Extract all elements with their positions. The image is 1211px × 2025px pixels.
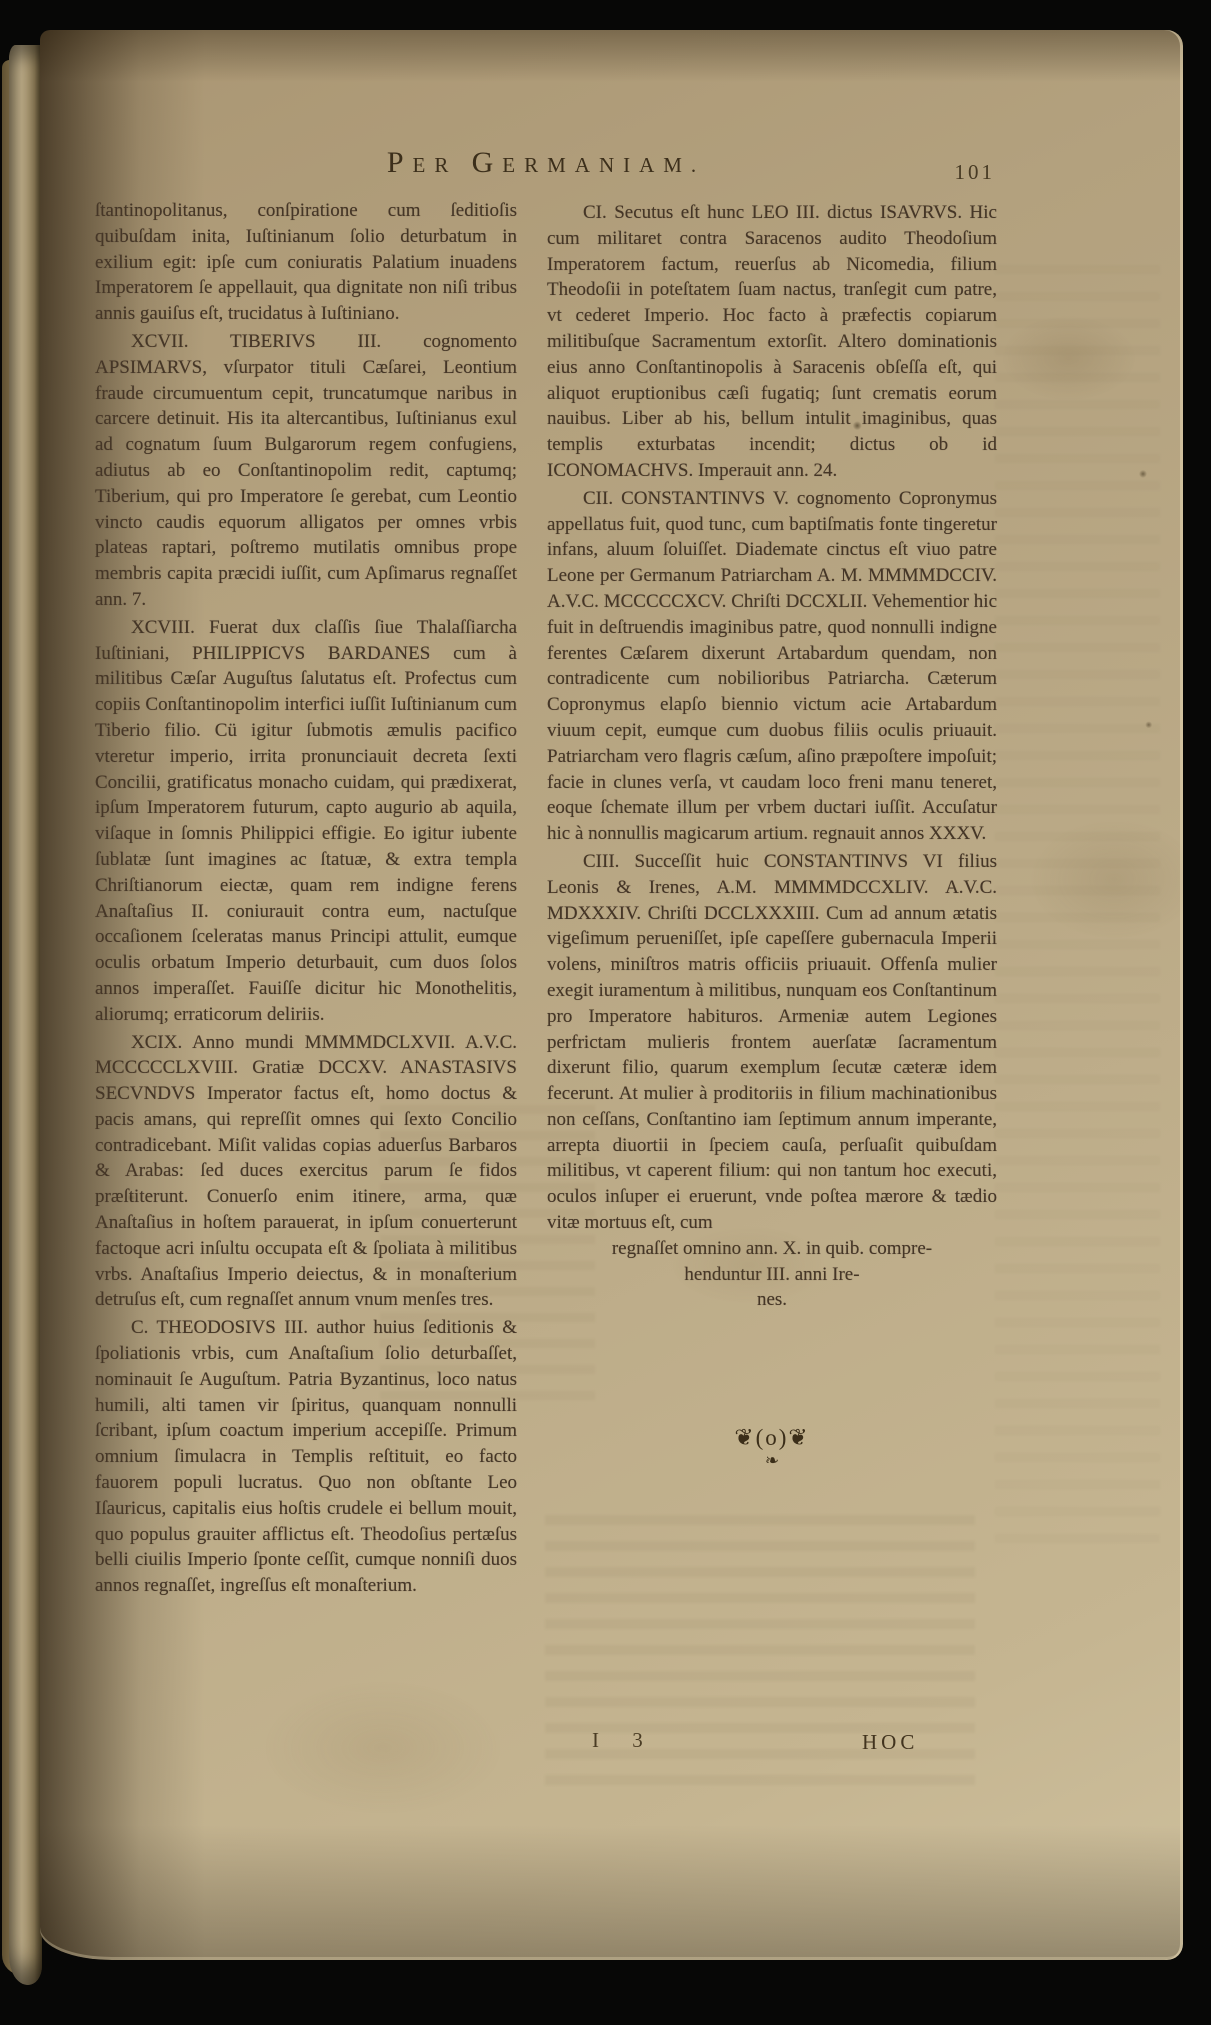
signature-mark: I 3 bbox=[592, 1728, 643, 1753]
title-part: ERMANIAM. bbox=[502, 153, 705, 177]
text-block: PER GERMANIAM. 101 ſtantinopolitanus, co… bbox=[95, 146, 997, 1906]
paragraph: XCVII. TIBERIVS III. cognomento APSIMARV… bbox=[95, 329, 517, 613]
page-title: PER GERMANIAM. bbox=[95, 146, 997, 180]
printer-ornament: ❦(o)❦ bbox=[547, 1425, 997, 1451]
bleedthrough-texture bbox=[995, 265, 1160, 1555]
paragraph: CIII. Succeſſit huic CONSTANTINVS VI fil… bbox=[547, 849, 997, 1236]
running-header: PER GERMANIAM. 101 bbox=[95, 146, 997, 188]
closing-lines: regnaſſet omnino ann. X. in quib. compre… bbox=[547, 1236, 997, 1313]
closing-line: regnaſſet omnino ann. X. in quib. compre… bbox=[547, 1236, 997, 1262]
title-part: ER bbox=[413, 153, 472, 177]
printer-ornament-sprig: ❧ bbox=[547, 1451, 997, 1471]
title-part: P bbox=[387, 146, 413, 179]
column-right: CI. Secutus eſt hunc LEO III. dictus ISA… bbox=[547, 198, 997, 1471]
gutter-page-edge bbox=[9, 45, 42, 1985]
paragraph: C. THEODOSIVS III. author huius ſedition… bbox=[95, 1315, 517, 1599]
paragraph: XCVIII. Fuerat dux claſſis ſiue Thalaſſi… bbox=[95, 615, 517, 1028]
catchword: HOC bbox=[862, 1730, 918, 1755]
column-left: ſtantinopolitanus, conſpiratione cum ſed… bbox=[95, 198, 517, 1599]
paragraph: ſtantinopolitanus, conſpiratione cum ſed… bbox=[95, 198, 517, 327]
title-part: G bbox=[472, 146, 503, 179]
book-page: PER GERMANIAM. 101 ſtantinopolitanus, co… bbox=[40, 30, 1183, 1960]
paragraph: XCIX. Anno mundi MMMMDCLXVII. A.V.C. MCC… bbox=[95, 1030, 517, 1314]
closing-line: nes. bbox=[547, 1287, 997, 1313]
paragraph: CII. CONSTANTINVS V. cognomento Copronym… bbox=[547, 486, 997, 847]
closing-line: henduntur III. anni Ire- bbox=[547, 1262, 997, 1288]
book-scan: PER GERMANIAM. 101 ſtantinopolitanus, co… bbox=[0, 0, 1211, 2025]
paragraph: CI. Secutus eſt hunc LEO III. dictus ISA… bbox=[547, 200, 997, 484]
page-number: 101 bbox=[955, 160, 996, 185]
